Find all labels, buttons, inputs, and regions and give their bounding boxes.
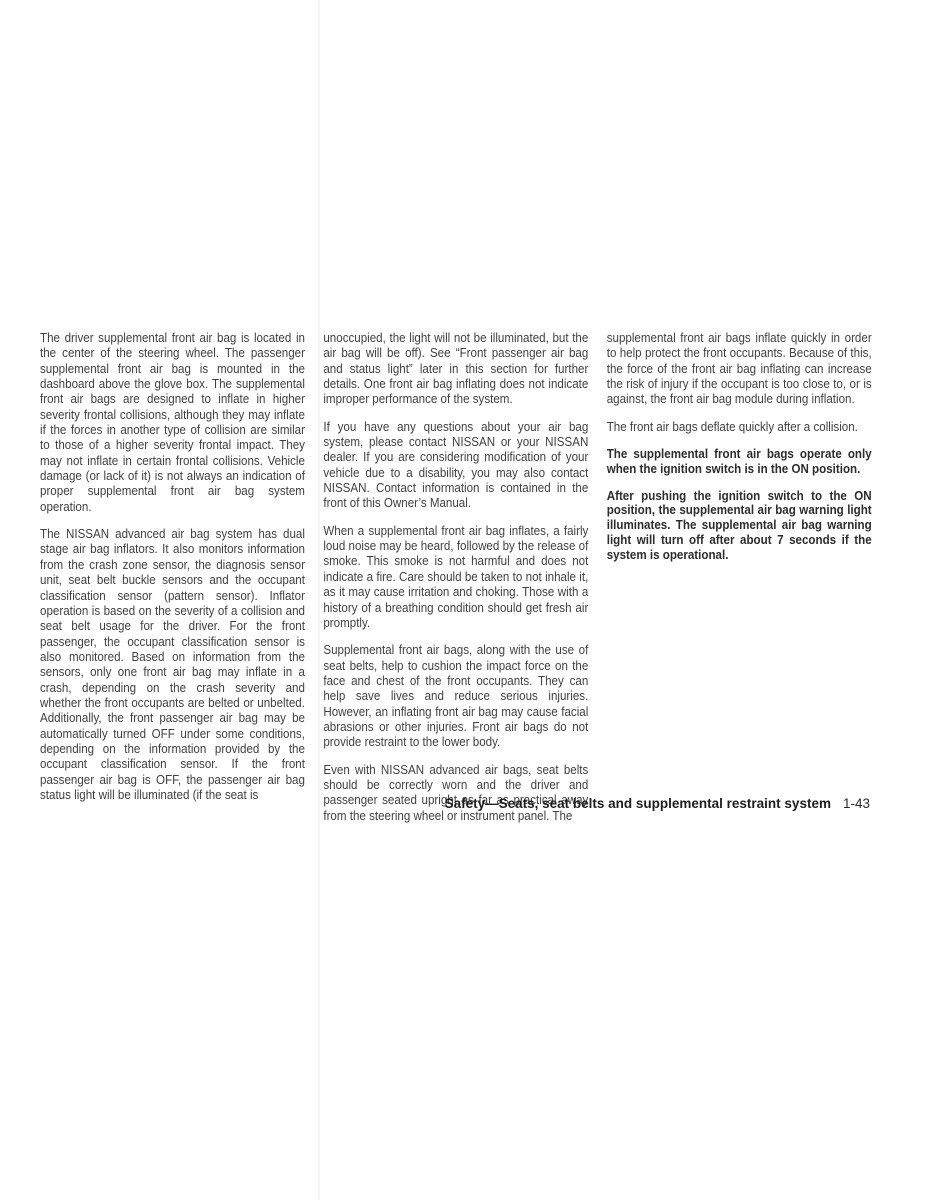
body-paragraph: When a supplemental front air bag inflat… (323, 524, 588, 631)
body-paragraph: supplemental front air bags inflate quic… (607, 331, 872, 408)
body-paragraph: unoccupied, the light will not be illumi… (323, 331, 588, 408)
page-footer: Safety—Seats, seat belts and supplementa… (445, 796, 870, 812)
body-paragraph: The front air bags deflate quickly after… (607, 420, 872, 435)
column-3: supplemental front air bags inflate quic… (607, 331, 872, 836)
body-paragraph: Supplemental front air bags, along with … (323, 643, 588, 750)
body-paragraph: The driver supplemental front air bag is… (40, 331, 305, 515)
column-2: unoccupied, the light will not be illumi… (323, 331, 588, 836)
body-paragraph: The NISSAN advanced air bag system has d… (40, 527, 305, 803)
footer-page-number: 1-43 (843, 796, 870, 812)
manual-page: The driver supplemental front air bag is… (0, 0, 927, 1200)
body-paragraph: If you have any questions about your air… (323, 420, 588, 512)
bold-warning-paragraph: The supplemental front air bags operate … (607, 447, 872, 477)
column-1: The driver supplemental front air bag is… (40, 331, 305, 836)
footer-section-title: Safety—Seats, seat belts and supplementa… (445, 796, 831, 812)
body-paragraph: Even with NISSAN advanced air bags, seat… (323, 763, 588, 824)
bold-warning-paragraph: After pushing the ignition switch to the… (607, 489, 872, 563)
text-columns: The driver supplemental front air bag is… (40, 331, 872, 836)
